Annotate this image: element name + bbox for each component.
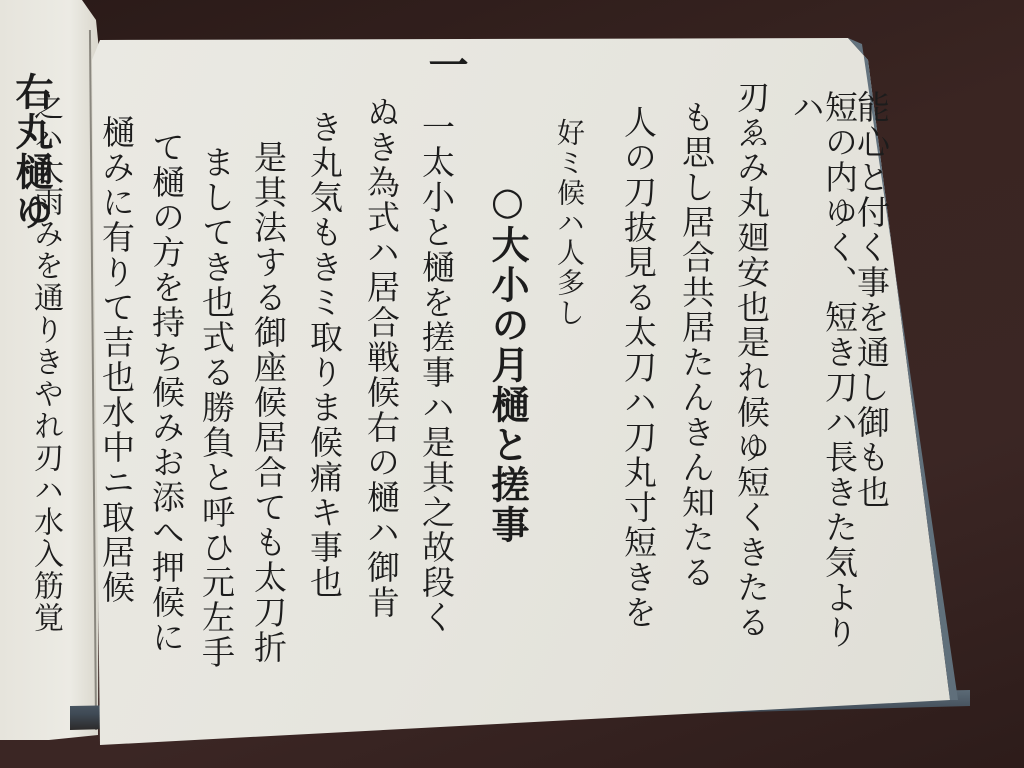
manuscript-column-7: 一太小と樋を搓事ハ是其之故段く [420,110,453,670]
manuscript-column-9: き丸気もきミ取りま候痛キ事也 [308,110,341,700]
manuscript-column-8: ぬき為式ハ居合戦候右の樋ハ御肯 [365,95,398,695]
manuscript-column-12: て樋の方を持ち候みお添へ押候に [150,130,183,700]
manuscript-column-4: も思し居合共居たんきん知たる [680,100,713,670]
manuscript-column-1: 能心と付く事を通し御も也 [855,90,888,650]
manuscript-column-2: 短の内ゆく、短き刀ハ長きた気よりハ [790,90,856,670]
manuscript-column-3: 刃ゑみ丸廻安也是れ候ゆ短くきたる [735,80,768,670]
manuscript-column-5: 人の刀抜見る太刀ハ刀丸寸短きを [622,105,655,675]
section-marker: 一 [425,44,465,86]
manuscript-heading: ○大小の月樋と搓事 [488,178,526,598]
photo-scene: 右丸樋ゆ 之ハ大雨みを通りきやれ刃ハ水入筋覚 能心と付く事を通し御も也 短の内ゆ… [0,0,1024,768]
manuscript-column-11: ましてき也式る勝負と呼ひ元左手 [200,145,233,705]
left-page-column-2: 之ハ大雨みを通りきやれ刃ハ水入筋覚 [30,90,60,730]
manuscript-column-10: 是其法する御座候居合ても太刀折 [252,140,285,700]
manuscript-column-6: 好ミ候ハ人多し [555,118,583,398]
manuscript-column-13: 樋みに有りて吉也水中ニ取居候 [100,115,133,715]
